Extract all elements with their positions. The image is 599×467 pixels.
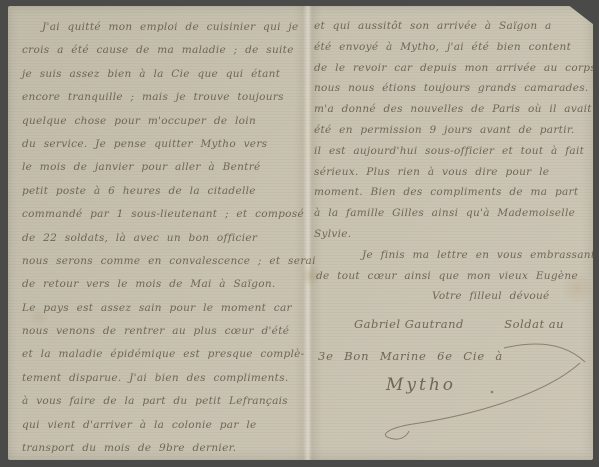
- closing-line: Votre filleul dévoué: [432, 286, 590, 307]
- letter-line: transport du mois de 9bre dernier.: [22, 437, 290, 460]
- letter-line: quelque chose pour m'occuper de loin: [22, 110, 290, 133]
- letter-line: crois a été cause de ma maladie ; de sui…: [22, 39, 290, 62]
- closing-line: de tout cœur ainsi que mon vieux Eugène: [316, 266, 590, 287]
- letter-line: il est aujourd'hui sous-officier et tout…: [314, 141, 590, 162]
- page-right: et qui aussitôt son arrivée à Saïgon a é…: [314, 16, 590, 395]
- letter-line: et la maladie épidémique est presque com…: [22, 343, 290, 366]
- letter-line: à vous faire de la part du petit Lefranç…: [22, 390, 290, 413]
- letter-line: nous nous étions toujours grands camarad…: [314, 78, 590, 99]
- letter-line: nous venons de rentrer au plus cœur d'ét…: [22, 320, 290, 343]
- signature-name: Gabriel Gautrand: [354, 313, 464, 335]
- letter-line: été envoyé à Mytho, j'ai été bien conten…: [314, 37, 590, 58]
- letter-line: moment. Bien des compliments de ma part: [314, 182, 590, 203]
- letter-line: du service. Je pense quitter Mytho vers: [22, 133, 290, 156]
- letter-line: de le revoir car depuis mon arrivée au c…: [314, 58, 590, 79]
- signature-row: Gabriel Gautrand Soldat au: [314, 313, 590, 335]
- letter-line: nous serons comme en convalescence ; et …: [22, 250, 290, 273]
- signature-unit: 3e Bon Marine 6e Cie à: [318, 346, 590, 366]
- letter-line: encore tranquille ; mais je trouve toujo…: [22, 86, 290, 109]
- signature-place: Mytho: [386, 375, 590, 395]
- closing-line: Je finis ma lettre en vous embrassant: [362, 245, 590, 266]
- letter-line: sérieux. Plus rien à vous dire pour le: [314, 162, 590, 183]
- signature-role: Soldat au: [504, 313, 564, 335]
- letter-line: Sylvie.: [314, 224, 590, 245]
- letter-line: le mois de janvier pour aller à Bentré: [22, 156, 290, 179]
- page-left: J'ai quitté mon emploi de cuisinier qui …: [22, 16, 290, 460]
- letter-line: été en permission 9 jours avant de parti…: [314, 120, 590, 141]
- letter-line: tement disparue. J'ai bien des complimen…: [22, 367, 290, 390]
- letter-line: je suis assez bien à la Cie que qui étan…: [22, 63, 290, 86]
- letter-paper: J'ai quitté mon emploi de cuisinier qui …: [8, 6, 593, 460]
- letter-line: m'a donné des nouvelles de Paris où il a…: [314, 99, 590, 120]
- letter-line: de 22 soldats, là avec un bon officier: [22, 227, 290, 250]
- letter-line: qui vient d'arriver à la colonie par le: [22, 414, 290, 437]
- letter-line: Le pays est assez sain pour le moment ca…: [22, 297, 290, 320]
- letter-line: et qui aussitôt son arrivée à Saïgon a: [314, 16, 590, 37]
- letter-line: commandé par 1 sous-lieutenant ; et comp…: [22, 203, 290, 226]
- letter-photo-background: J'ai quitté mon emploi de cuisinier qui …: [0, 0, 599, 467]
- letter-line: J'ai quitté mon emploi de cuisinier qui …: [22, 16, 290, 39]
- letter-line: à la famille Gilles ainsi qu'à Mademoise…: [314, 203, 590, 224]
- letter-line: petit poste à 6 heures de la citadelle: [22, 180, 290, 203]
- letter-line: de retour vers le mois de Mai à Saïgon.: [22, 273, 290, 296]
